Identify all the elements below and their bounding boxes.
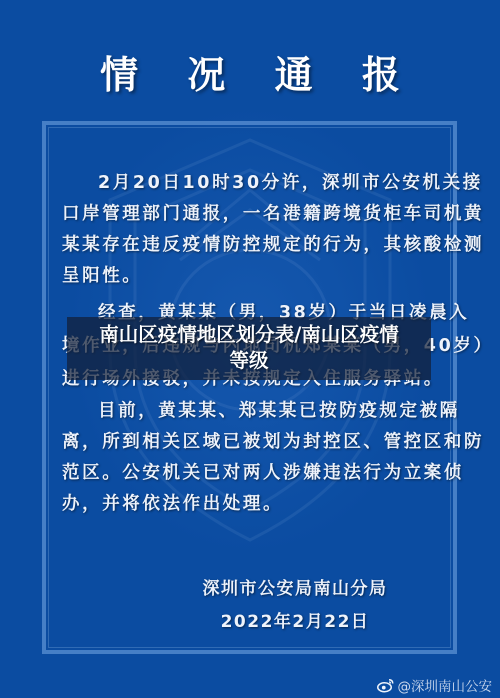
paragraph-line: 某某存在违反疫情防控规定的行为，其核酸检测 [62,234,484,256]
paragraph-line: 口岸管理部门通报，一名港籍跨境货柜车司机黄 [62,203,484,225]
paragraph-line: 范区。公安机关已对两人涉嫌违法行为立案侦 [62,462,464,484]
weibo-watermark: @深圳南山公安 [377,675,493,695]
signature-date: 2022年2月22日 [45,607,500,632]
weibo-icon [377,677,395,693]
caption-overlay: 南山区疫情地区划分表/南山区疫情 等级 [67,317,431,380]
paragraph-line: 离，所到相关区域已被划为封控区、管控区和防 [62,431,484,453]
paragraph-line: 目前，黄某某、郑某某已按防疫规定被隔 [98,400,460,422]
paragraph-line: 办，并将依法作出处理。 [62,493,283,515]
signature-issuer: 深圳市公安局南山分局 [45,574,500,599]
caption-line-2: 等级 [67,348,431,374]
page-title: 情 况 通 报 [0,44,500,99]
caption-line-1: 南山区疫情地区划分表/南山区疫情 [67,322,431,348]
watermark-text: @深圳南山公安 [398,675,493,695]
paragraph-line: 2月20日10时30分许，深圳市公安机关接 [98,172,483,194]
paragraph-line: 呈阳性。 [62,265,142,287]
